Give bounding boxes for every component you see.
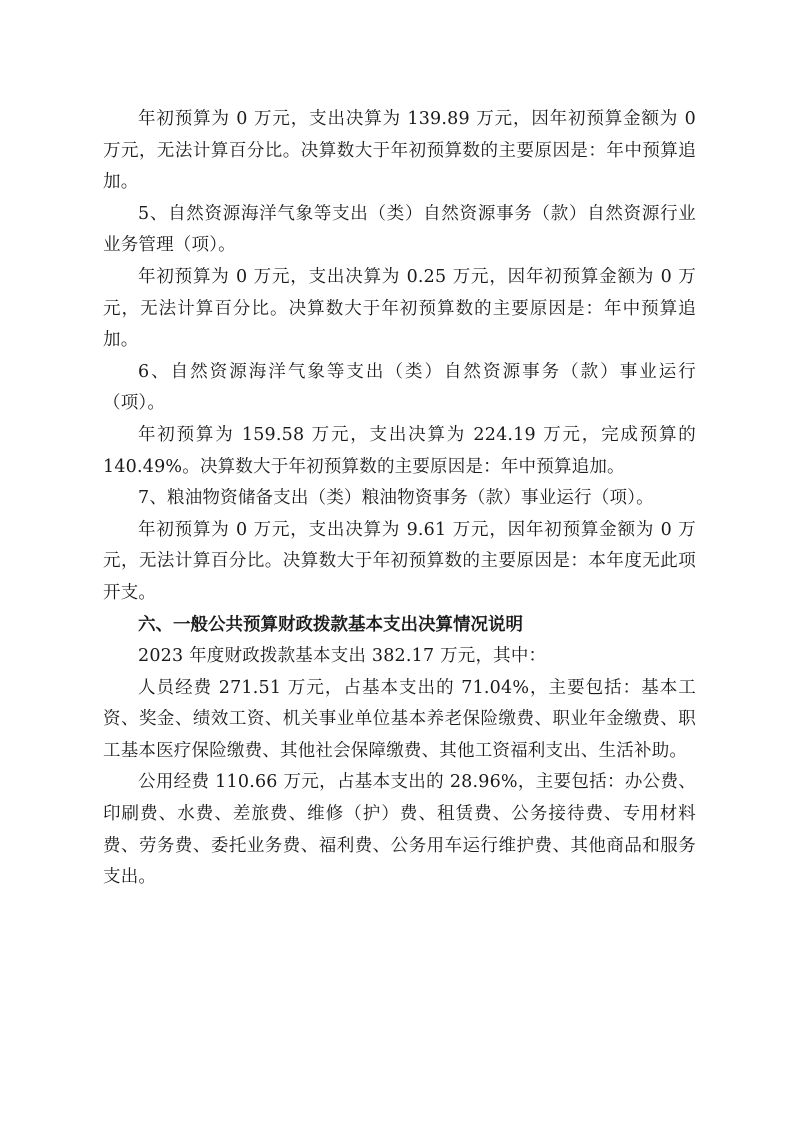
paragraph-basic-expenditure-total: 2023 年度财政拨款基本支出 382.17 万元，其中： — [103, 641, 696, 673]
document-page: 年初预算为 0 万元，支出决算为 139.89 万元，因年初预算金额为 0 万元… — [103, 104, 696, 894]
paragraph-item7-detail: 年初预算为 0 万元，支出决算为 9.61 万元，因年初预算金额为 0 万元，无… — [103, 515, 696, 610]
paragraph-budget-item4-detail: 年初预算为 0 万元，支出决算为 139.89 万元，因年初预算金额为 0 万元… — [103, 104, 696, 199]
section-heading-basic-expenditure: 六、一般公共预算财政拨款基本支出决算情况说明 — [103, 610, 696, 642]
paragraph-item7-title: 7、粮油物资储备支出（类）粮油物资事务（款）事业运行（项）。 — [103, 483, 696, 515]
paragraph-item5-title: 5、自然资源海洋气象等支出（类）自然资源事务（款）自然资源行业业务管理（项）。 — [103, 199, 696, 262]
paragraph-item6-title: 6、自然资源海洋气象等支出（类）自然资源事务（款）事业运行（项）。 — [103, 357, 696, 420]
paragraph-public-expenses: 公用经费 110.66 万元，占基本支出的 28.96%，主要包括：办公费、印刷… — [103, 767, 696, 893]
paragraph-personnel-expenses: 人员经费 271.51 万元，占基本支出的 71.04%，主要包括：基本工资、奖… — [103, 673, 696, 768]
paragraph-item6-detail: 年初预算为 159.58 万元，支出决算为 224.19 万元，完成预算的 14… — [103, 420, 696, 483]
paragraph-item5-detail: 年初预算为 0 万元，支出决算为 0.25 万元，因年初预算金额为 0 万元，无… — [103, 262, 696, 357]
